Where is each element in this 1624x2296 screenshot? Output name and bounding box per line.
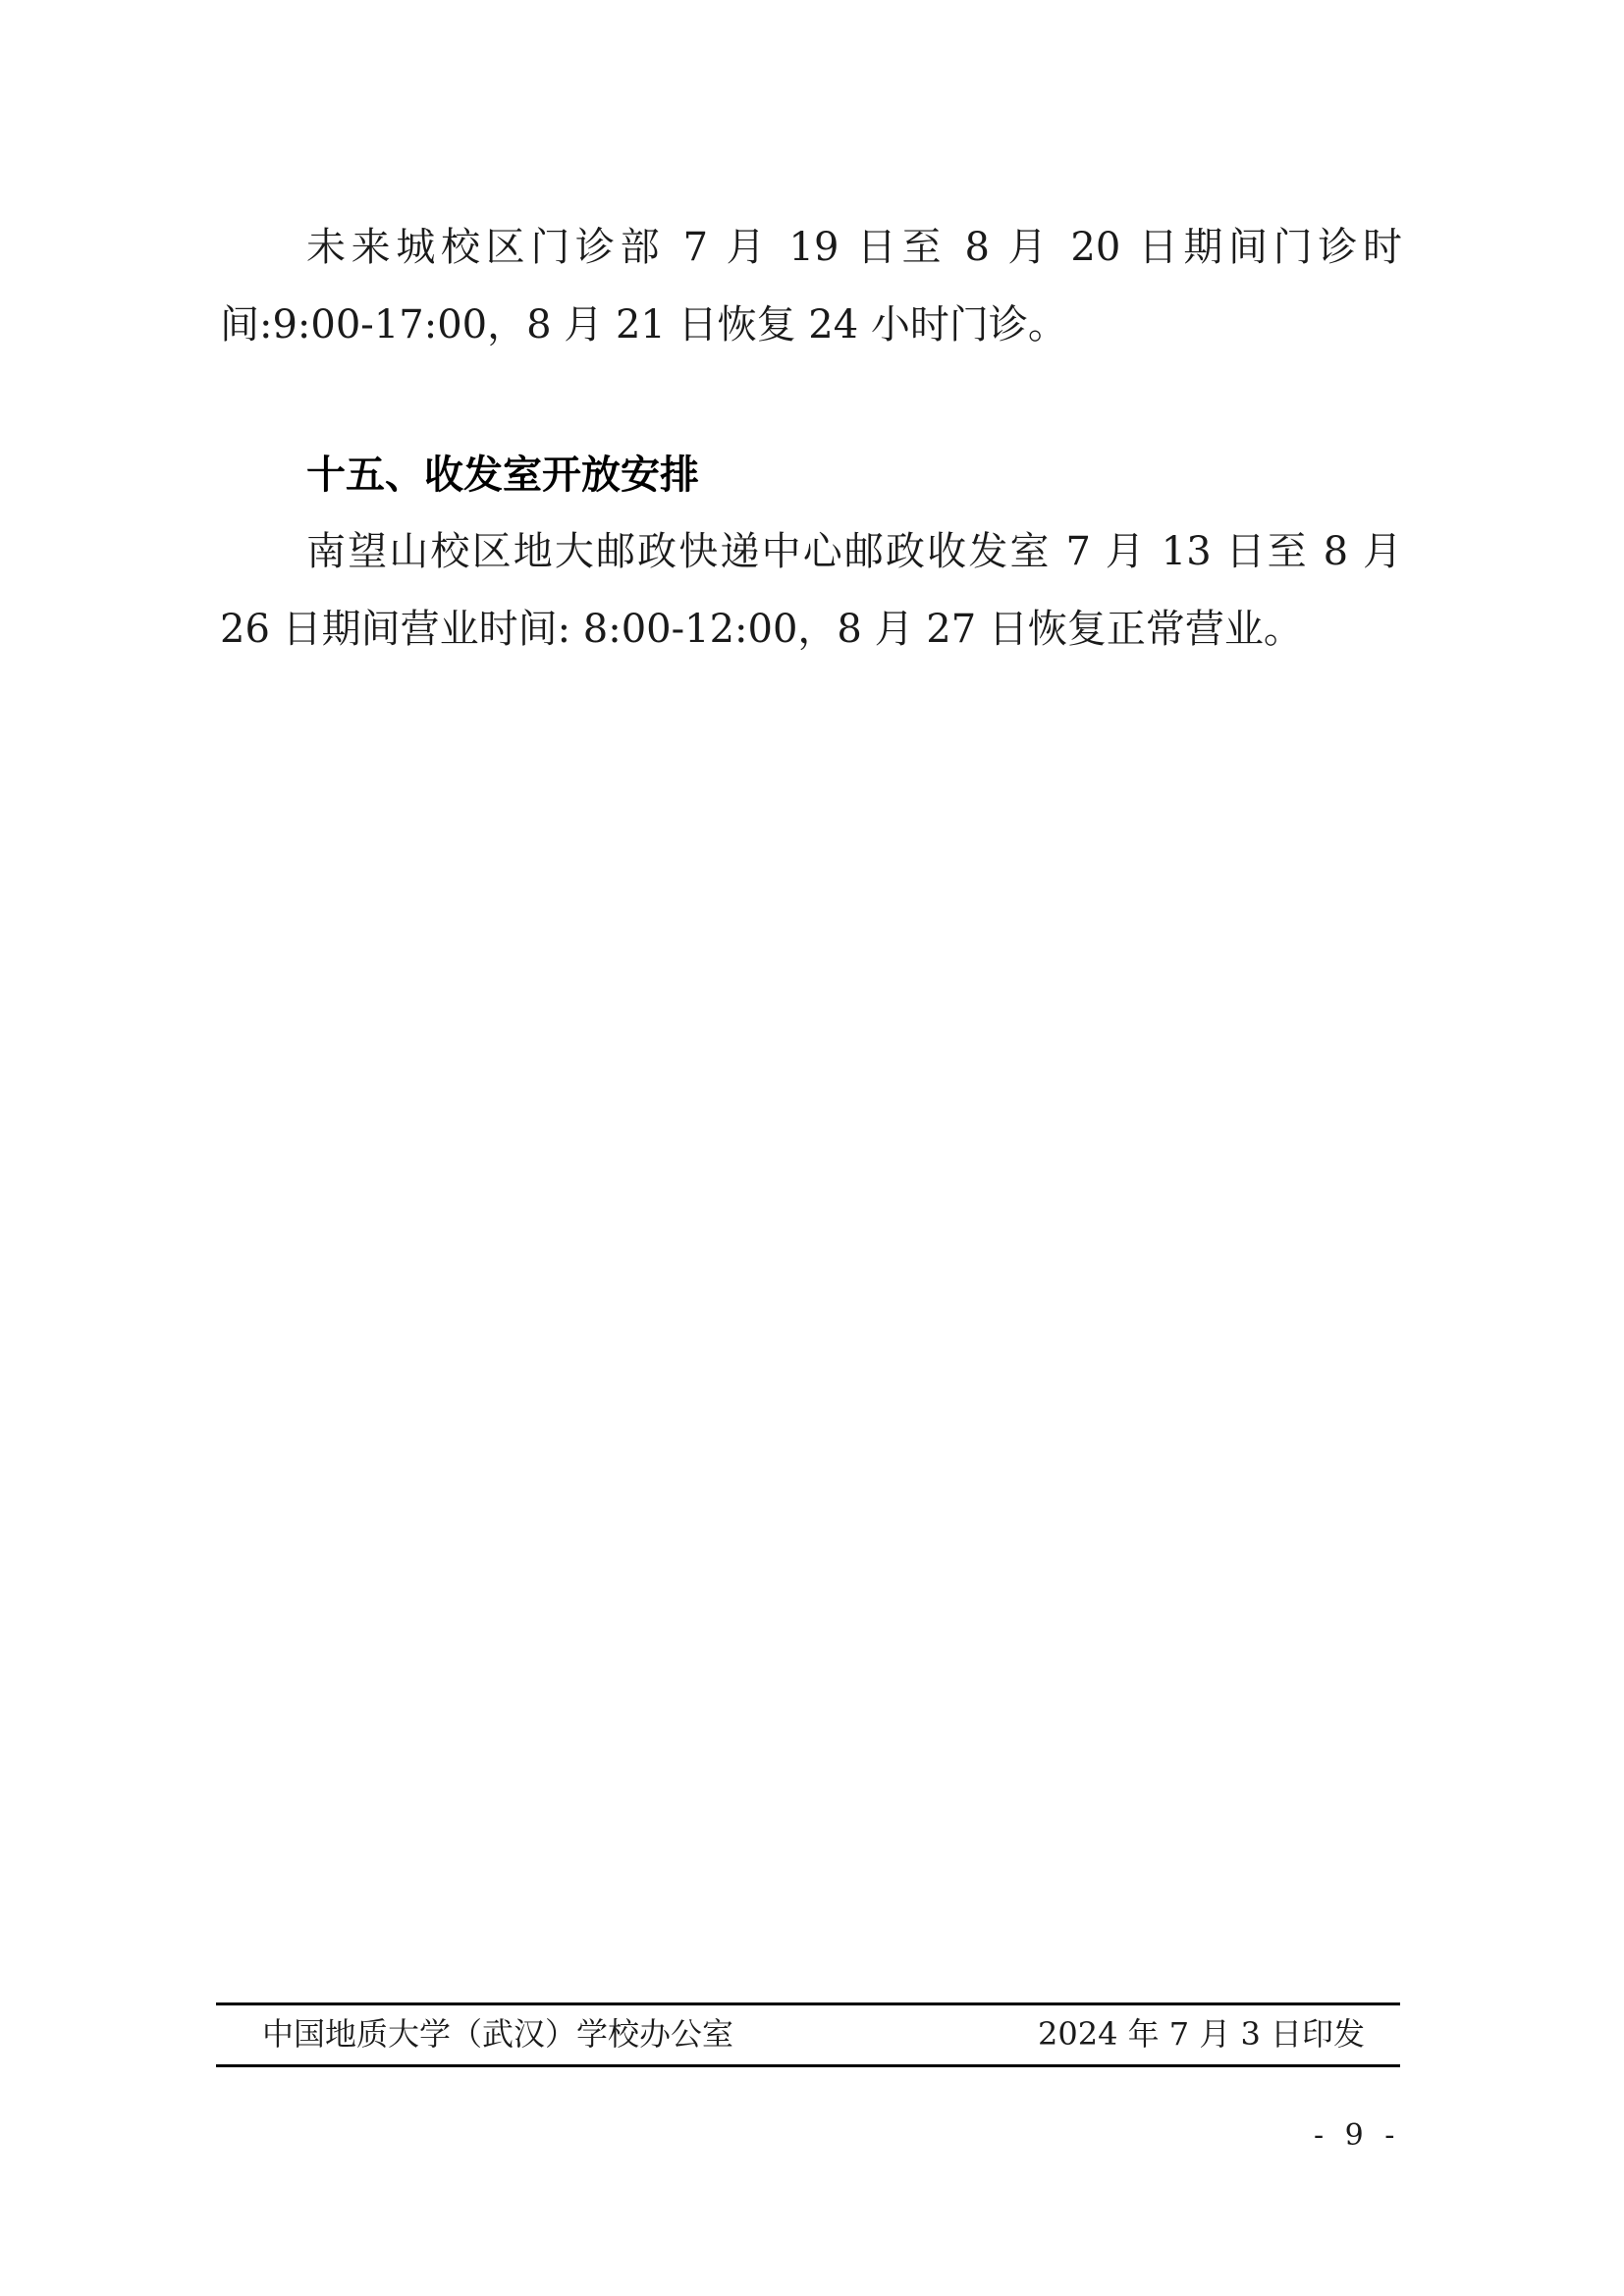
footer-top-rule xyxy=(216,2002,1400,2005)
section-heading: 十五、收发室开放安排 xyxy=(306,454,699,497)
paragraph-line: 26 日期间营业时间: 8:00-12:00，8 月 27 日恢复正常营业。 xyxy=(220,608,1303,651)
footer-bottom-rule xyxy=(216,2064,1400,2067)
paragraph-line: 间:9:00-17:00，8 月 21 日恢复 24 小时门诊。 xyxy=(220,303,1067,347)
footer-issue-date: 2024 年 7 月 3 日印发 xyxy=(1038,2016,1365,2052)
paragraph-line: 未来城校区门诊部 7 月 19 日至 8 月 20 日期间门诊时 xyxy=(306,226,1402,269)
footer-issuer: 中国地质大学（武汉）学校办公室 xyxy=(262,2016,733,2052)
page-number: - 9 - xyxy=(1314,2119,1400,2153)
paragraph-line: 南望山校区地大邮政快递中心邮政收发室 7 月 13 日至 8 月 xyxy=(306,530,1402,573)
